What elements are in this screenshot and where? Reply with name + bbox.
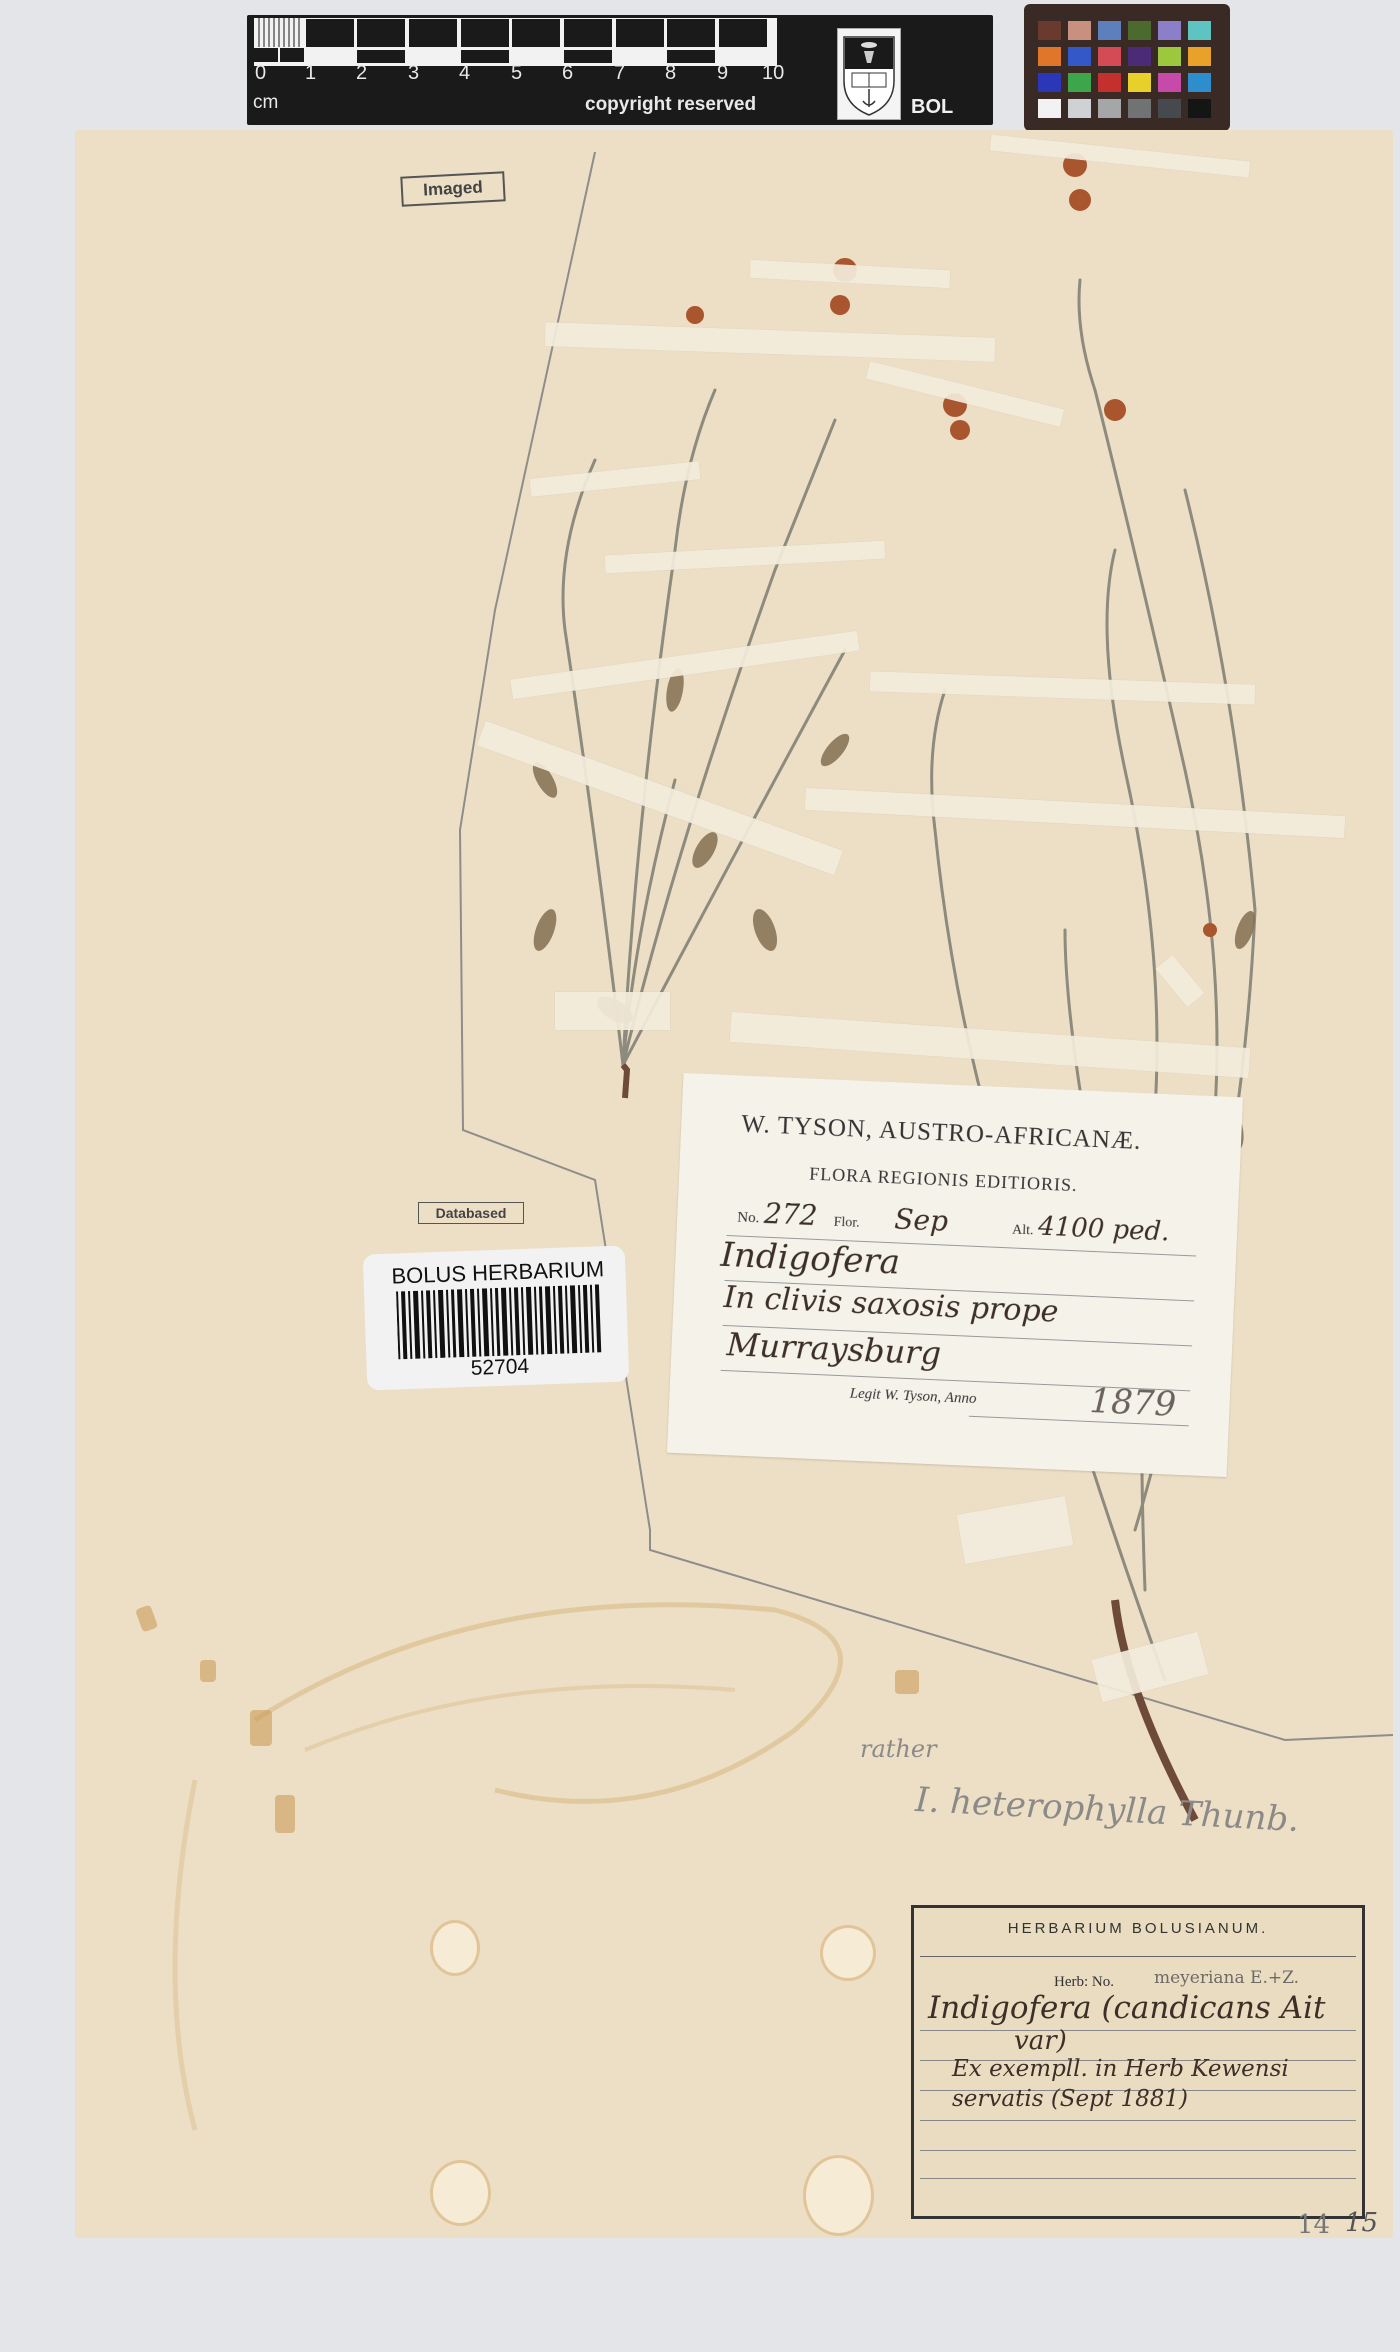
color-swatch <box>1098 73 1121 92</box>
number-prefix: No. <box>737 1209 760 1226</box>
color-swatch <box>1158 21 1181 40</box>
herbarium-sheet: Imaged Databased BOLUS HERBARIUM 52704 W… <box>75 130 1393 2238</box>
color-swatch <box>1158 99 1181 118</box>
legit-text: Legit W. Tyson, Anno <box>849 1386 976 1409</box>
herb-number-label: Herb: No. <box>1054 1974 1114 1991</box>
scale-unit: cm <box>253 92 278 114</box>
color-swatch <box>1098 47 1121 66</box>
water-stain <box>803 2155 874 2236</box>
university-crest-icon <box>837 28 901 120</box>
color-swatch <box>1038 99 1061 118</box>
color-swatch <box>1098 21 1121 40</box>
scale-number: 9 <box>717 62 728 85</box>
scale-number: 4 <box>459 62 470 85</box>
color-swatch <box>1068 73 1091 92</box>
scale-number: 2 <box>356 62 367 85</box>
color-swatch <box>1188 73 1211 92</box>
scale-number: 10 <box>762 62 784 85</box>
color-swatch <box>1128 21 1151 40</box>
color-checker <box>1024 4 1230 131</box>
herbarium-label: HERBARIUM BOLUSIANUM. Herb: No. meyerian… <box>911 1905 1365 2219</box>
color-swatch <box>1128 73 1151 92</box>
color-swatch <box>1188 99 1211 118</box>
color-swatch <box>1188 21 1211 40</box>
water-stain <box>430 1920 480 1976</box>
taxon-variety: var) <box>1014 2026 1067 2056</box>
color-swatch <box>1158 47 1181 66</box>
color-swatch <box>1128 99 1151 118</box>
scale-number: 6 <box>562 62 573 85</box>
herbarium-label-header: HERBARIUM BOLUSIANUM. <box>914 1920 1362 1937</box>
determination-note: meyeriana E.+Z. <box>1154 1968 1299 1988</box>
water-stain <box>430 2160 491 2226</box>
annotation-rather: rather <box>860 1735 937 1763</box>
note-line-1: Ex exempll. in Herb Kewensi <box>952 2056 1289 2082</box>
color-swatch <box>1038 73 1061 92</box>
color-swatch <box>1038 47 1061 66</box>
water-stain <box>820 1925 876 1981</box>
copyright-text: copyright reserved <box>585 94 756 116</box>
sheet-number-right: 15 <box>1345 2208 1378 2238</box>
collector-label: W. TYSON, AUSTRO-AFRICANÆ. FLORA REGIONI… <box>667 1073 1243 1477</box>
taxon-name: Indigofera (candicans Ait <box>928 1990 1325 2026</box>
sheet-number-left: 14 <box>1297 2210 1330 2240</box>
barcode-number: 52704 <box>470 1355 529 1381</box>
altitude-value: 4100 ped. <box>1038 1212 1171 1248</box>
barcode-icon <box>396 1284 602 1359</box>
flor-prefix: Flor. <box>833 1215 860 1231</box>
mounting-tape <box>555 992 670 1030</box>
color-swatch <box>1068 99 1091 118</box>
scale-number: 1 <box>305 62 316 85</box>
color-swatch <box>1188 47 1211 66</box>
scale-number: 8 <box>665 62 676 85</box>
scale-bar-ticks <box>254 18 777 66</box>
imaged-stamp: Imaged <box>400 171 505 206</box>
flowering-month: Sep <box>894 1202 949 1237</box>
barcode-label: BOLUS HERBARIUM 52704 <box>363 1245 630 1390</box>
scale-number: 3 <box>408 62 419 85</box>
collector-label-subheader: FLORA REGIONIS EDITIORIS. <box>809 1164 1078 1197</box>
collection-number: 272 <box>763 1197 818 1232</box>
scale-number: 5 <box>511 62 522 85</box>
institution-code: BOL <box>911 96 953 119</box>
altitude-prefix: Alt. <box>1012 1222 1034 1238</box>
color-swatch <box>1068 21 1091 40</box>
note-line-2: servatis (Sept 1881) <box>952 2086 1188 2112</box>
collector-label-header: W. TYSON, AUSTRO-AFRICANÆ. <box>741 1111 1142 1156</box>
scale-number: 0 <box>255 62 266 85</box>
scale-number: 7 <box>614 62 625 85</box>
databased-stamp: Databased <box>418 1202 524 1224</box>
color-swatch <box>1128 47 1151 66</box>
scale-bar: 0 1 2 3 4 5 6 7 8 9 10 cm copyright rese… <box>247 15 993 125</box>
color-swatch <box>1098 99 1121 118</box>
color-swatch <box>1038 21 1061 40</box>
color-swatch <box>1068 47 1091 66</box>
color-swatch <box>1158 73 1181 92</box>
